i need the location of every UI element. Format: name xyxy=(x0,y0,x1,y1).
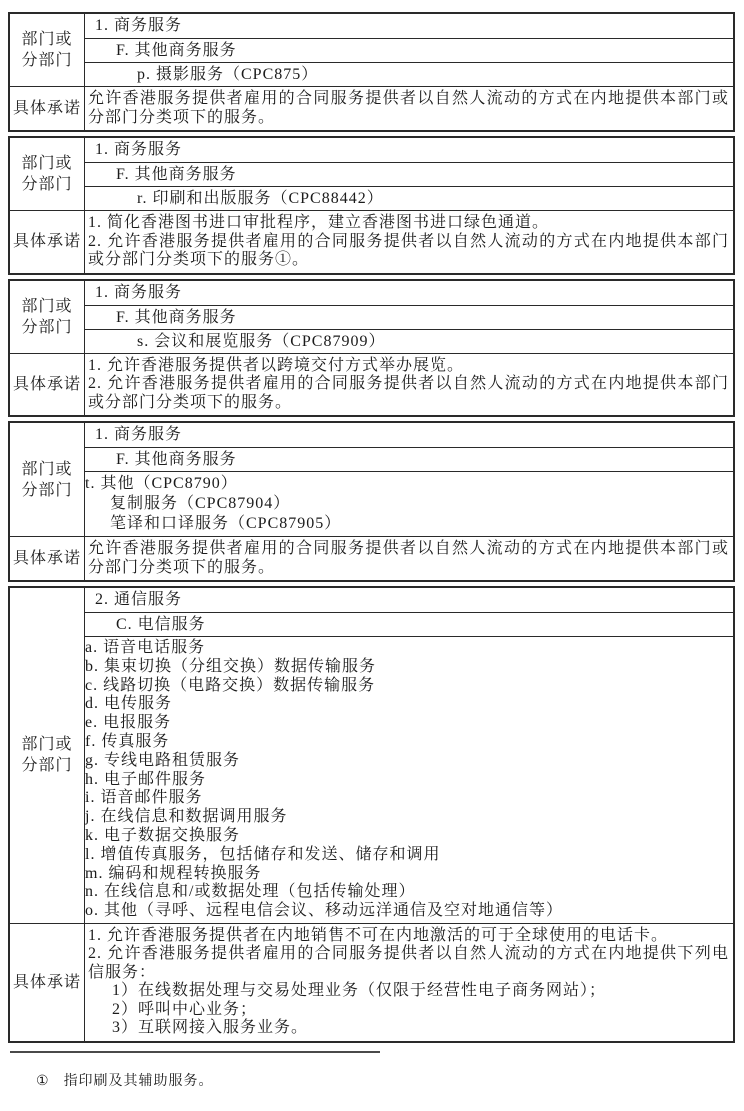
sector-label-cell: 部门或 分部门 xyxy=(10,14,85,86)
sector-line: F. 其他商务服务 xyxy=(116,448,733,471)
sector-row: 1. 商务服务 xyxy=(85,423,733,447)
sector-label-cell: 部门或 分部门 xyxy=(10,423,85,536)
table-block: 部门或 分部门1. 商务服务F. 其他商务服务s. 会议和展览服务（CPC879… xyxy=(8,279,735,418)
sector-row: 2. 通信服务 xyxy=(85,588,733,612)
sector-row: p. 摄影服务（CPC875） xyxy=(85,62,733,86)
sector-label: 部门或 分部门 xyxy=(21,734,72,776)
sector-rows: 1. 商务服务F. 其他商务服务r. 印刷和出版服务（CPC88442） xyxy=(85,138,733,210)
commitment-cell: 1. 允许香港服务提供者以跨境交付方式举办展览。2. 允许香港服务提供者雇用的合… xyxy=(85,354,733,416)
footnote-marker: ① xyxy=(36,1074,50,1089)
sector-group-row: 部门或 分部门1. 商务服务F. 其他商务服务r. 印刷和出版服务（CPC884… xyxy=(10,138,733,210)
sector-line: p. 摄影服务（CPC875） xyxy=(137,63,733,86)
sector-line: d. 电传服务 xyxy=(85,695,733,714)
sector-label: 部门或 分部门 xyxy=(21,153,72,195)
commitment-paragraph: 1. 允许香港服务提供者在内地销售不可在内地激活的可于全球使用的电话卡。 xyxy=(88,927,729,946)
sector-row: s. 会议和展览服务（CPC87909） xyxy=(85,329,733,353)
commitment-label-cell: 具体承诺 xyxy=(10,211,85,273)
commitment-paragraph: 1）在线数据处理与交易处理业务（仅限于经营性电子商务网站）； xyxy=(88,982,729,1001)
commitment-cell: 允许香港服务提供者雇用的合同服务提供者以自然人流动的方式在内地提供本部门或分部门… xyxy=(85,87,733,130)
table-block: 部门或 分部门1. 商务服务F. 其他商务服务p. 摄影服务（CPC875）具体… xyxy=(8,12,735,132)
sector-row: F. 其他商务服务 xyxy=(85,162,733,186)
commitment-paragraph: 2. 允许香港服务提供者雇用的合同服务提供者以自然人流动的方式在内地提供本部门或… xyxy=(88,375,729,412)
sector-line: m. 编码和规程转换服务 xyxy=(85,865,733,884)
sector-line: b. 集束切换（分组交换）数据传输服务 xyxy=(85,658,733,677)
sector-line: h. 电子邮件服务 xyxy=(85,771,733,790)
commitment-paragraph: 3）互联网接入服务业务。 xyxy=(88,1019,729,1038)
commitment-label-cell: 具体承诺 xyxy=(10,924,85,1041)
sector-group-row: 部门或 分部门1. 商务服务F. 其他商务服务t. 其他（CPC8790）复制服… xyxy=(10,423,733,536)
sector-line: 笔译和口译服务（CPC87905） xyxy=(85,514,733,534)
footnote: ①指印刷及其辅助服务。 xyxy=(36,1073,744,1091)
sector-line: g. 专线电路租赁服务 xyxy=(85,752,733,771)
sector-rows: 1. 商务服务F. 其他商务服务t. 其他（CPC8790）复制服务（CPC87… xyxy=(85,423,733,536)
commitment-paragraph: 允许香港服务提供者雇用的合同服务提供者以自然人流动的方式在内地提供本部门或分部门… xyxy=(88,540,729,577)
sector-label-cell: 部门或 分部门 xyxy=(10,588,85,923)
sector-line: t. 其他（CPC8790） xyxy=(85,474,733,494)
commitment-paragraph: 2. 允许香港服务提供者雇用的合同服务提供者以自然人流动的方式在内地提供下列电信… xyxy=(88,945,729,982)
sector-row: F. 其他商务服务 xyxy=(85,447,733,471)
commitment-paragraph: 2. 允许香港服务提供者雇用的合同服务提供者以自然人流动的方式在内地提供本部门或… xyxy=(88,233,729,270)
sector-label-cell: 部门或 分部门 xyxy=(10,138,85,210)
sector-label: 部门或 分部门 xyxy=(21,296,72,338)
sector-group-row: 部门或 分部门1. 商务服务F. 其他商务服务p. 摄影服务（CPC875） xyxy=(10,14,733,86)
sector-line: 1. 商务服务 xyxy=(95,423,733,446)
sector-line: 1. 商务服务 xyxy=(95,14,733,37)
sector-row: r. 印刷和出版服务（CPC88442） xyxy=(85,186,733,210)
sector-label: 部门或 分部门 xyxy=(21,29,72,71)
sector-rows: 1. 商务服务F. 其他商务服务p. 摄影服务（CPC875） xyxy=(85,14,733,86)
commitment-cell: 1. 简化香港图书进口审批程序，建立香港图书进口绿色通道。2. 允许香港服务提供… xyxy=(85,211,733,273)
sector-row: 1. 商务服务 xyxy=(85,138,733,162)
commitment-paragraph: 允许香港服务提供者雇用的合同服务提供者以自然人流动的方式在内地提供本部门或分部门… xyxy=(88,90,729,127)
sector-rows: 2. 通信服务C. 电信服务a. 语音电话服务b. 集束切换（分组交换）数据传输… xyxy=(85,588,733,923)
commitment-label: 具体承诺 xyxy=(13,548,81,569)
sector-line: e. 电报服务 xyxy=(85,714,733,733)
commitment-row: 具体承诺1. 允许香港服务提供者以跨境交付方式举办展览。2. 允许香港服务提供者… xyxy=(10,353,733,416)
sector-line: f. 传真服务 xyxy=(85,733,733,752)
sector-line: 2. 通信服务 xyxy=(95,588,733,611)
commitment-label: 具体承诺 xyxy=(13,231,81,252)
sector-line: o. 其他（寻呼、远程电信会议、移动远洋通信及空对地通信等） xyxy=(85,902,733,921)
commitment-label-cell: 具体承诺 xyxy=(10,354,85,416)
sector-group-row: 部门或 分部门1. 商务服务F. 其他商务服务s. 会议和展览服务（CPC879… xyxy=(10,281,733,353)
commitment-label: 具体承诺 xyxy=(13,374,81,395)
sector-line: c. 线路切换（电路交换）数据传输服务 xyxy=(85,677,733,696)
sector-line: 复制服务（CPC87904） xyxy=(85,494,733,514)
table-block: 部门或 分部门2. 通信服务C. 电信服务a. 语音电话服务b. 集束切换（分组… xyxy=(8,586,735,1043)
document-page: 部门或 分部门1. 商务服务F. 其他商务服务p. 摄影服务（CPC875）具体… xyxy=(0,0,744,1091)
commitment-label: 具体承诺 xyxy=(13,98,81,119)
sector-line: i. 语音邮件服务 xyxy=(85,789,733,808)
sector-line: C. 电信服务 xyxy=(116,613,733,636)
sector-line: F. 其他商务服务 xyxy=(116,306,733,329)
footnote-separator xyxy=(10,1051,380,1053)
sector-row: F. 其他商务服务 xyxy=(85,38,733,62)
sector-row: C. 电信服务 xyxy=(85,612,733,636)
sector-row: t. 其他（CPC8790）复制服务（CPC87904）笔译和口译服务（CPC8… xyxy=(85,471,733,536)
sector-row: a. 语音电话服务b. 集束切换（分组交换）数据传输服务c. 线路切换（电路交换… xyxy=(85,636,733,923)
sector-line: 1. 商务服务 xyxy=(95,138,733,161)
sector-line: 1. 商务服务 xyxy=(95,281,733,304)
sector-line: r. 印刷和出版服务（CPC88442） xyxy=(137,187,733,210)
commitment-table: 部门或 分部门1. 商务服务F. 其他商务服务p. 摄影服务（CPC875）具体… xyxy=(8,12,735,1043)
sector-row: 1. 商务服务 xyxy=(85,14,733,38)
sector-rows: 1. 商务服务F. 其他商务服务s. 会议和展览服务（CPC87909） xyxy=(85,281,733,353)
sector-line: F. 其他商务服务 xyxy=(116,39,733,62)
commitment-label-cell: 具体承诺 xyxy=(10,537,85,580)
sector-line: s. 会议和展览服务（CPC87909） xyxy=(137,330,733,353)
commitment-row: 具体承诺1. 允许香港服务提供者在内地销售不可在内地激活的可于全球使用的电话卡。… xyxy=(10,923,733,1041)
sector-row: 1. 商务服务 xyxy=(85,281,733,305)
footnote-text: 指印刷及其辅助服务。 xyxy=(64,1074,214,1089)
sector-label-cell: 部门或 分部门 xyxy=(10,281,85,353)
commitment-cell: 1. 允许香港服务提供者在内地销售不可在内地激活的可于全球使用的电话卡。2. 允… xyxy=(85,924,733,1041)
commitment-row: 具体承诺1. 简化香港图书进口审批程序，建立香港图书进口绿色通道。2. 允许香港… xyxy=(10,210,733,273)
sector-line: F. 其他商务服务 xyxy=(116,163,733,186)
commitment-paragraph: 2）呼叫中心业务； xyxy=(88,1001,729,1020)
commitment-paragraph: 1. 允许香港服务提供者以跨境交付方式举办展览。 xyxy=(88,357,729,376)
sector-line: l. 增值传真服务，包括储存和发送、储存和调用 xyxy=(85,846,733,865)
commitment-paragraph: 1. 简化香港图书进口审批程序，建立香港图书进口绿色通道。 xyxy=(88,214,729,233)
sector-row: F. 其他商务服务 xyxy=(85,305,733,329)
table-block: 部门或 分部门1. 商务服务F. 其他商务服务r. 印刷和出版服务（CPC884… xyxy=(8,136,735,275)
sector-line: n. 在线信息和/或数据处理（包括传输处理） xyxy=(85,883,733,902)
sector-group-row: 部门或 分部门2. 通信服务C. 电信服务a. 语音电话服务b. 集束切换（分组… xyxy=(10,588,733,923)
commitment-cell: 允许香港服务提供者雇用的合同服务提供者以自然人流动的方式在内地提供本部门或分部门… xyxy=(85,537,733,580)
sector-label: 部门或 分部门 xyxy=(21,459,72,501)
sector-line: j. 在线信息和数据调用服务 xyxy=(85,808,733,827)
commitment-label-cell: 具体承诺 xyxy=(10,87,85,130)
sector-line: k. 电子数据交换服务 xyxy=(85,827,733,846)
sector-line: a. 语音电话服务 xyxy=(85,639,733,658)
commitment-label: 具体承诺 xyxy=(13,972,81,993)
table-block: 部门或 分部门1. 商务服务F. 其他商务服务t. 其他（CPC8790）复制服… xyxy=(8,421,735,582)
commitment-row: 具体承诺允许香港服务提供者雇用的合同服务提供者以自然人流动的方式在内地提供本部门… xyxy=(10,86,733,130)
commitment-row: 具体承诺允许香港服务提供者雇用的合同服务提供者以自然人流动的方式在内地提供本部门… xyxy=(10,536,733,580)
